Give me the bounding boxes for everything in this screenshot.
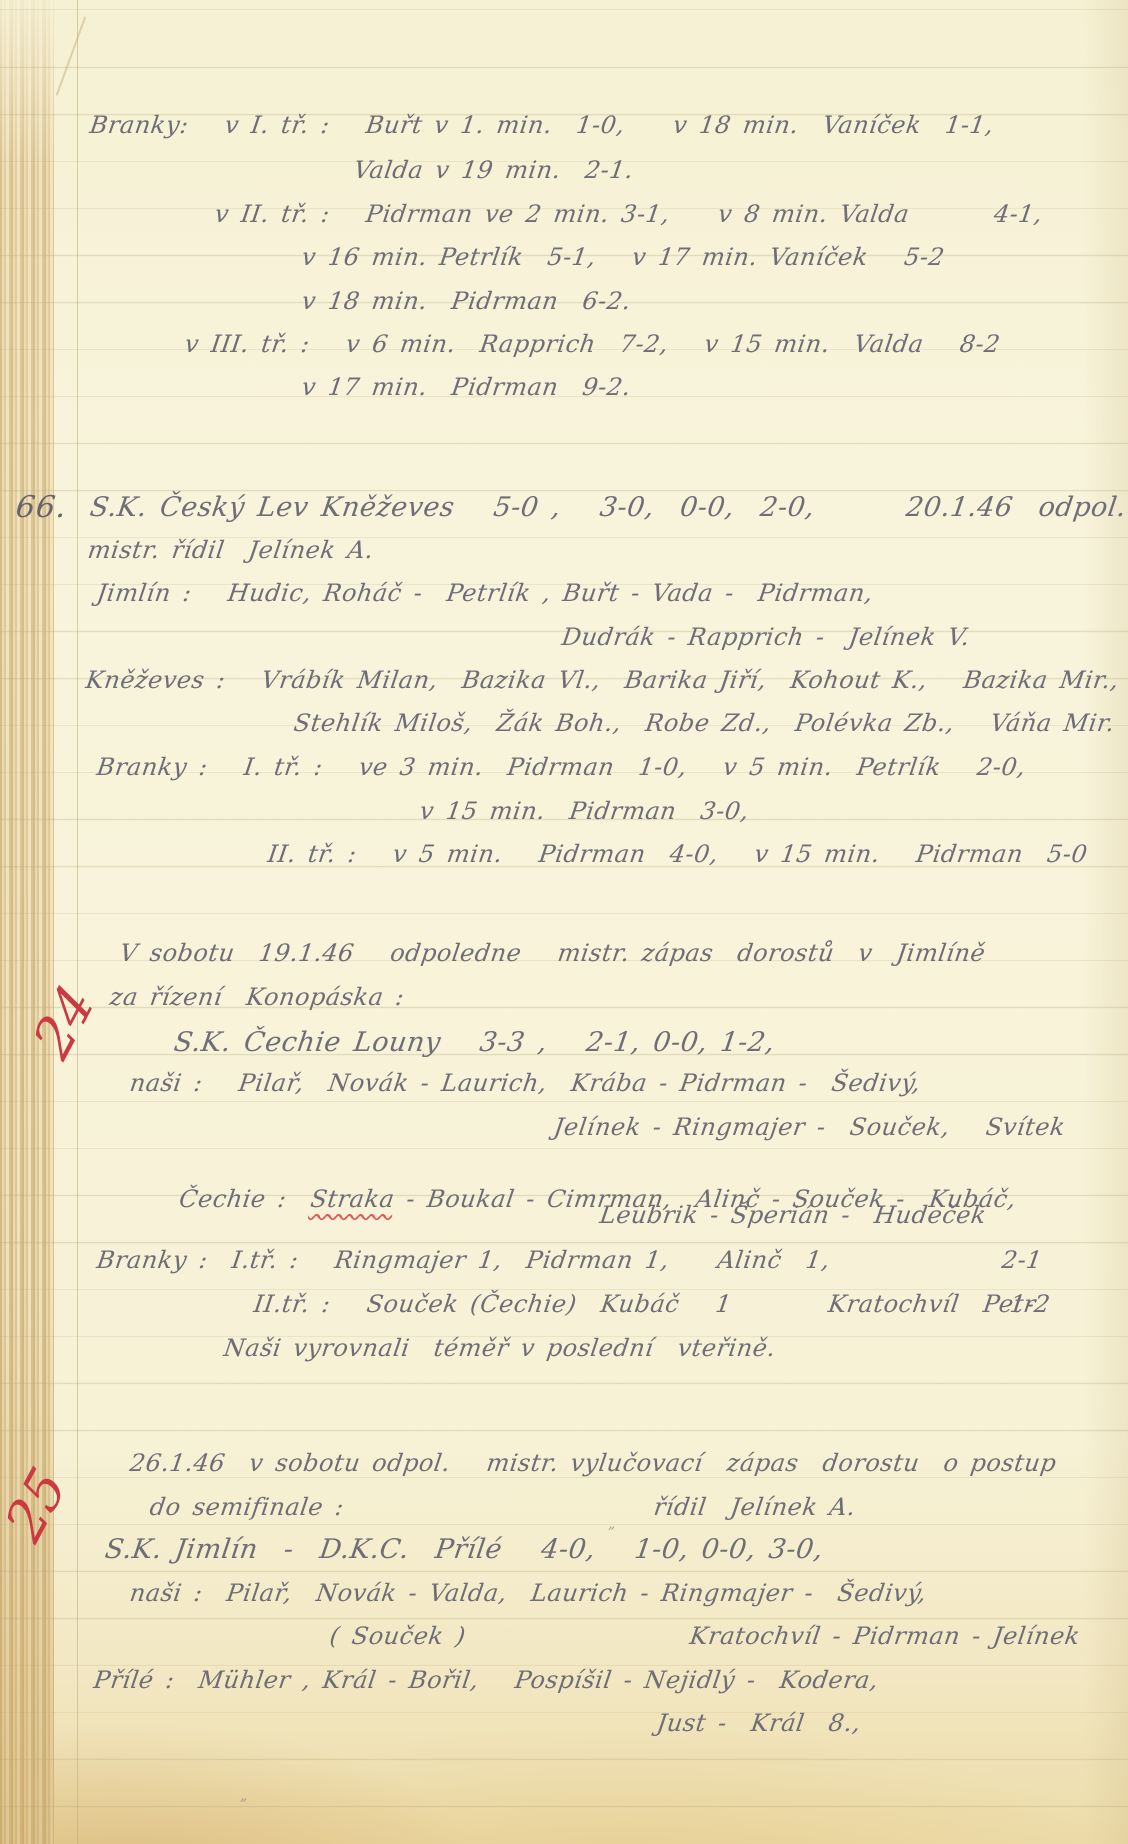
referee-line: mistr. řídil Jelínek A.	[86, 537, 375, 565]
lineup-line: Just - Král 8.,	[655, 1710, 863, 1738]
match-intro-line: do semifinale :	[148, 1494, 346, 1522]
goals-line: Branky : I. tř. : ve 3 min. Pidrman 1-0,…	[95, 754, 1027, 782]
goals-line: II.tř. : Souček (Čechie) Kubáč 1 Kratoch…	[252, 1291, 1038, 1319]
goals-line: v 16 min. Petrlík 5-1, v 17 min. Vaníček…	[300, 244, 946, 272]
match-intro-line: V sobotu 19.1.46 odpoledne mistr. zápas …	[118, 940, 987, 968]
match-header-line: S.K. Čechie Louny 3-3 , 2-1, 0-0, 1-2,	[172, 1027, 777, 1058]
goals-line: v 18 min. Pidrman 6-2.	[300, 288, 633, 316]
goals-line: Branky: v I. tř. : Buřt v 1. min. 1-0, v…	[88, 112, 996, 140]
lineup-line: Přílé : Mühler , Král - Bořil, Pospíšil …	[92, 1667, 880, 1695]
match-header-line: S.K. Jimlín - D.K.C. Přílé 4-0, 1-0, 0-0…	[103, 1534, 825, 1565]
goals-line: II. tř. : v 5 min. Pidrman 4-0, v 15 min…	[266, 841, 1089, 869]
paper-crease	[56, 16, 87, 96]
referee-line: řídil Jelínek A.	[652, 1494, 857, 1522]
notebook-page: Branky: v I. tř. : Buřt v 1. min. 1-0, v…	[0, 0, 1128, 1844]
goals-line: v II. tř. : Pidrman ve 2 min. 3-1, v 8 m…	[213, 201, 1044, 229]
lineup-line: naši : Pilař, Novák - Laurich, Krába - P…	[128, 1070, 922, 1098]
book-binding-edge	[0, 0, 54, 1844]
goals-line: Branky : I.tř. : Ringmajer 1, Pidrman 1,…	[95, 1247, 832, 1275]
goals-line: v 17 min. Pidrman 9-2.	[300, 374, 633, 402]
lineup-line: Kněževes : Vrábík Milan, Bazika Vl., Bar…	[84, 667, 1121, 695]
halftime-score: 2-1	[1000, 1247, 1044, 1275]
stray-ink-mark: „	[608, 1516, 615, 1532]
halftime-score: 1-2	[1008, 1291, 1052, 1319]
match-header-line: S.K. Český Lev Kněževes 5-0 , 3-0, 0-0, …	[88, 492, 1128, 523]
lineup-substitute: ( Souček )	[328, 1623, 467, 1651]
goals-line: v III. tř. : v 6 min. Rapprich 7-2, v 15…	[183, 331, 1002, 359]
lineup-line: Jimlín : Hudic, Roháč - Petrlík , Buřt -…	[95, 580, 875, 608]
lineup-line: Jelínek - Ringmajer - Souček, Svítek	[552, 1114, 1067, 1142]
goals-line: Valda v 19 min. 2-1.	[352, 157, 635, 185]
comment-line: Naši vyrovnali téměř v poslední vteřině.	[222, 1335, 777, 1363]
lineup-line: Dudrák - Rapprich - Jelínek V.	[560, 624, 972, 652]
ruled-lines	[0, 0, 1128, 1844]
goals-line: v 15 min. Pidrman 3-0,	[418, 798, 751, 826]
lineup-prefix: Čechie :	[177, 1185, 312, 1213]
lineup-line: naši : Pilař, Novák - Valda, Laurich - R…	[128, 1580, 928, 1608]
match-intro-line: 26.1.46 v sobotu odpol. mistr. vylučovac…	[128, 1450, 1058, 1478]
margin-match-number: 66.	[14, 490, 68, 525]
match-intro-line: za řízení Konopáska :	[108, 984, 406, 1012]
underlined-player-name: Straka	[309, 1185, 397, 1213]
lineup-line: Kratochvíl - Pidrman - Jelínek	[688, 1623, 1082, 1651]
stray-ink-mark: „	[240, 1788, 247, 1804]
lineup-line: Stehlík Miloš, Žák Boh., Robe Zd., Polév…	[292, 710, 1116, 738]
lineup-line: Leubrik - Šperián - Hudeček	[598, 1202, 988, 1230]
